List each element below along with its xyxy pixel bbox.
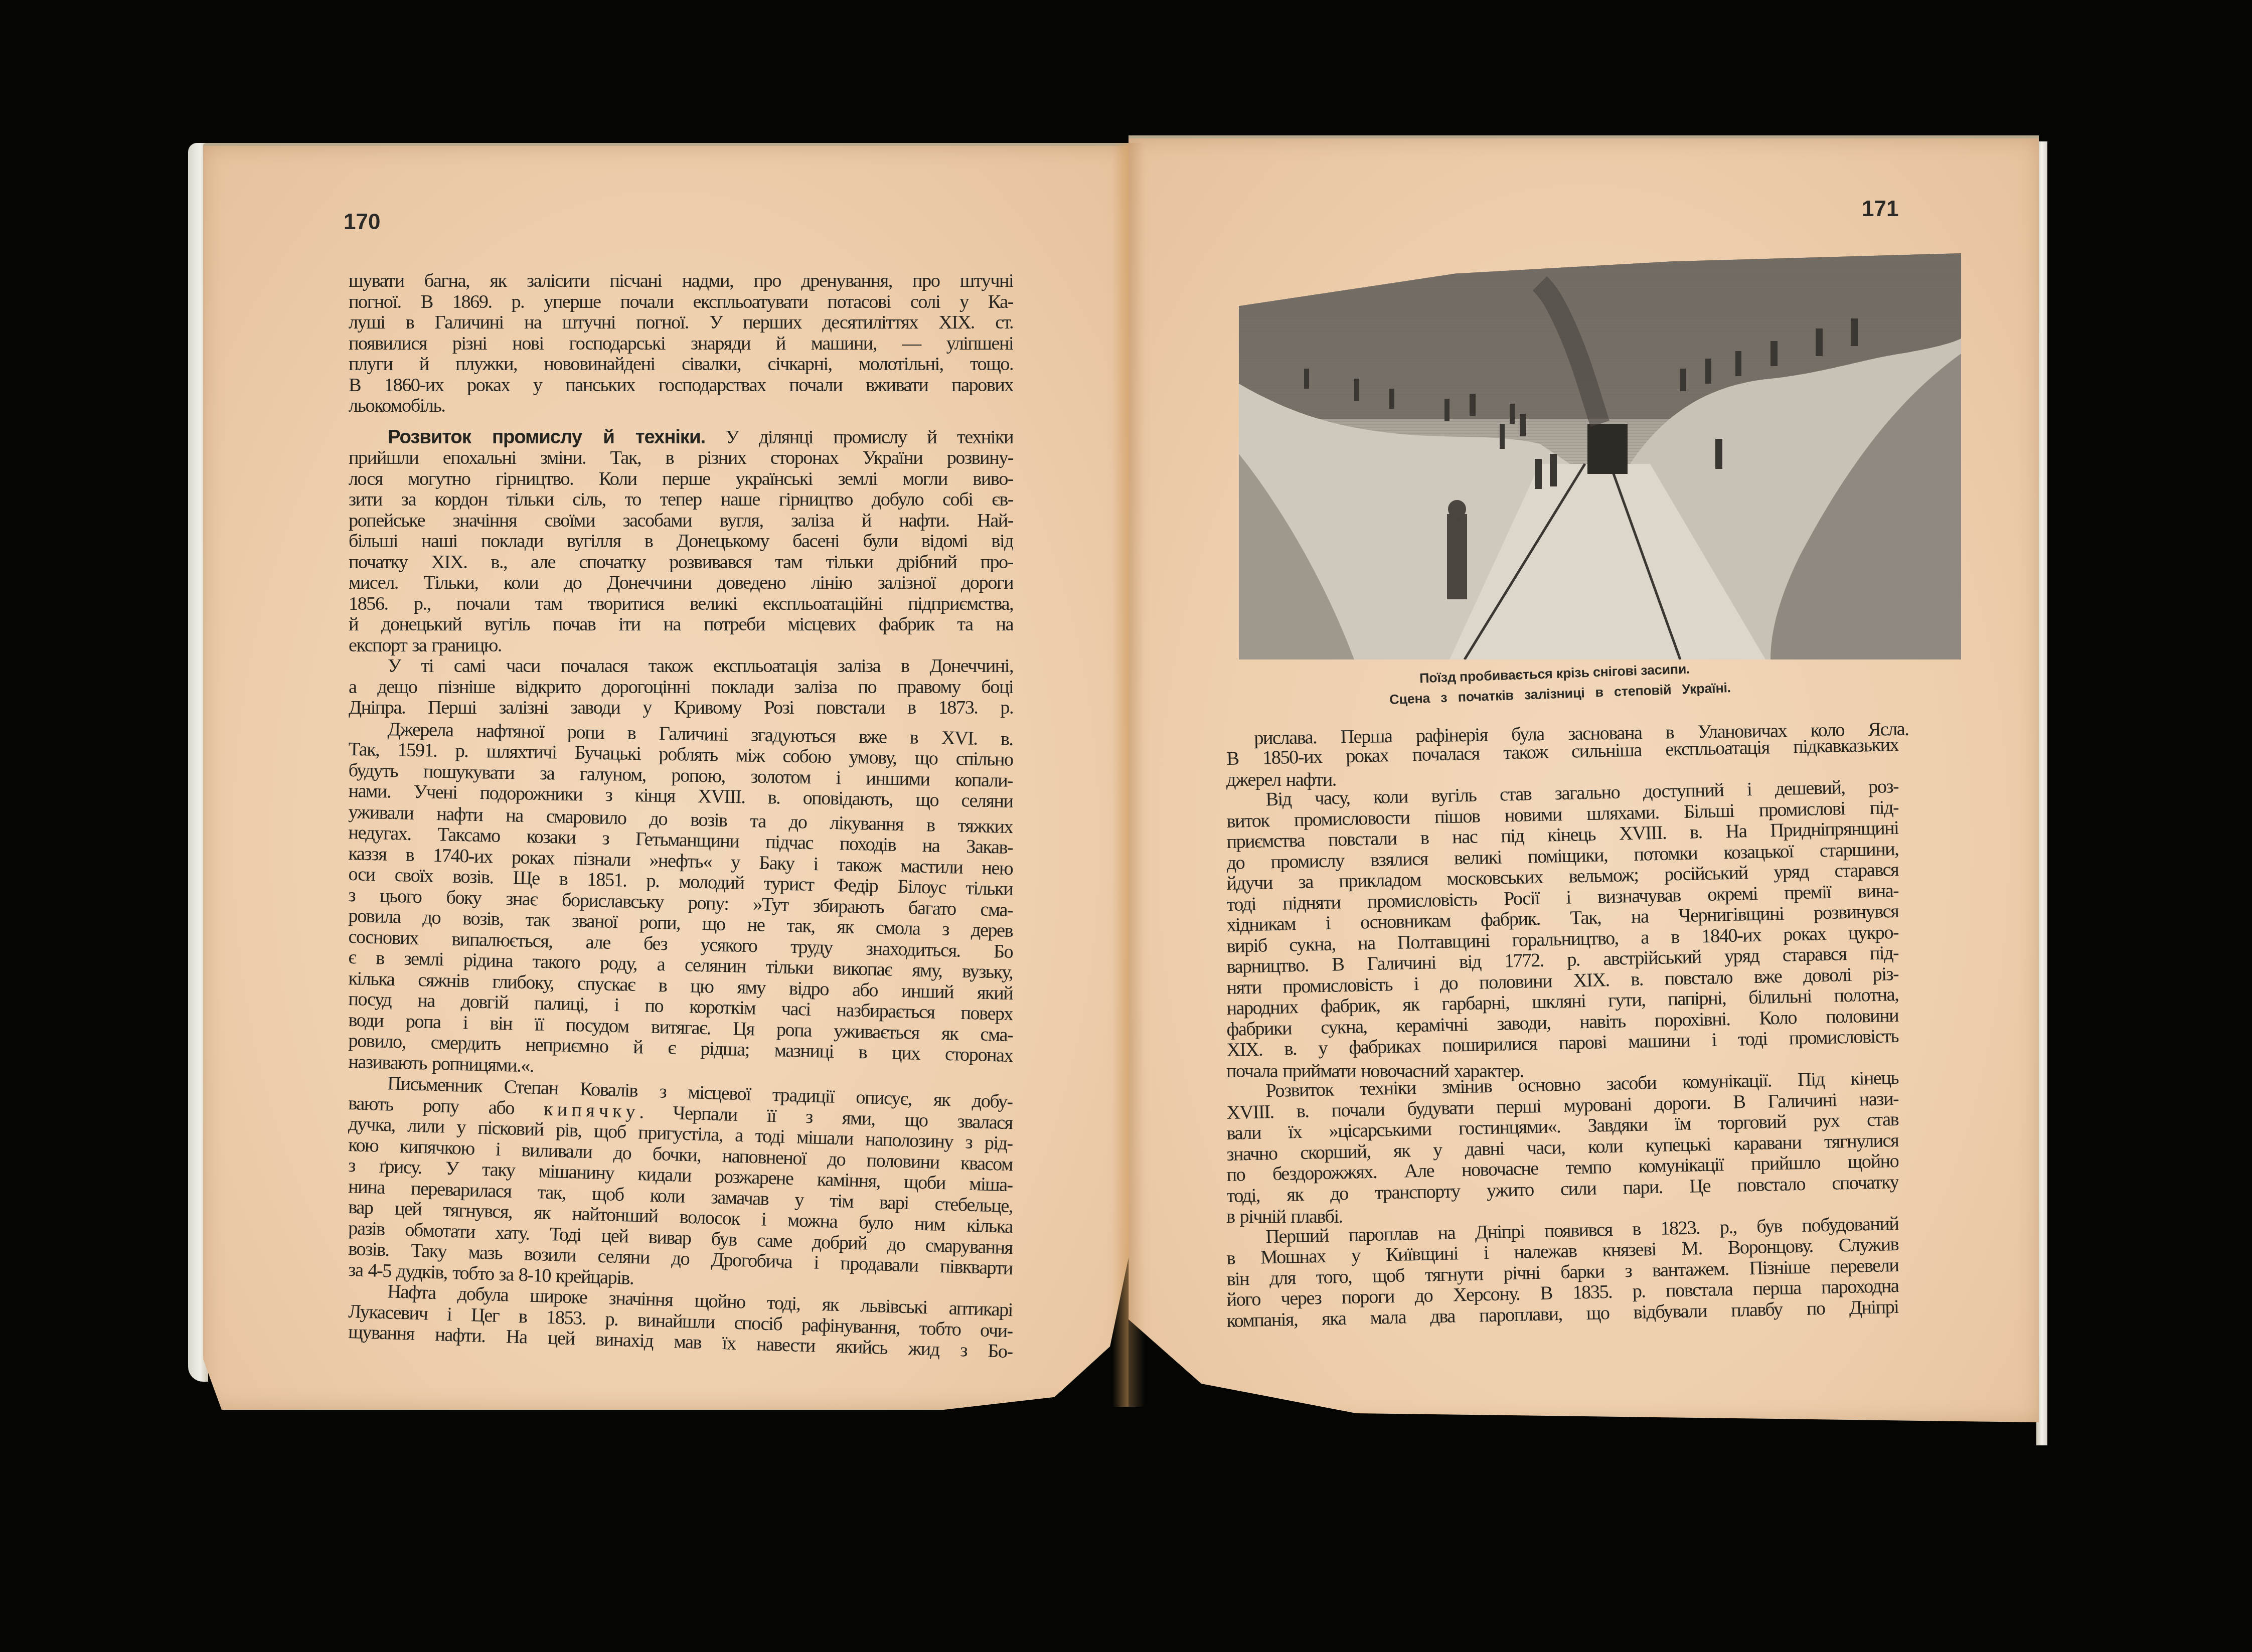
text-line: Дніпра. Перші залізні заводи у Кривому Р… [349, 698, 1013, 719]
page-number-right: 171 [1862, 197, 1898, 222]
text-run: У ділянці промислу й техніки [705, 427, 1013, 448]
text-line: погної. В 1869. р. уперше почали експльо… [349, 292, 1013, 313]
emphasized-term: кипячку [544, 1098, 640, 1122]
section-heading-line: Розвиток промислу й техніки. У ділянці п… [349, 427, 1013, 448]
text-line: прийшли епохальні зміни. Так, в різних с… [349, 448, 1013, 469]
text-line: плуги й плужки, нововинайдені сівалки, с… [349, 354, 1013, 375]
text-line: 1856. р., почали там творитися великі ек… [349, 594, 1013, 615]
text-line: появилися різні нові господарські знаряд… [349, 334, 1013, 355]
left-page-text: шувати багна, як залісити пісчані надми,… [349, 271, 1013, 1343]
text-line: й донецький вугіль почав іти на потреби … [349, 614, 1013, 635]
text-line: а дещо пізніше відкрито дорогоцінні покл… [349, 677, 1013, 698]
text-line: лося могутно гірництво. Коли перше украї… [349, 469, 1013, 490]
text-line: більші наші поклади вугілля в Донецькому… [349, 531, 1013, 552]
book-gutter [1112, 143, 1145, 1407]
page-number-left: 170 [344, 210, 380, 235]
right-page-text-body: В 1850-их роках почалася також сильніша … [1226, 749, 1898, 1332]
text-line: шувати багна, як залісити пісчані надми,… [349, 271, 1013, 292]
open-book-spread: 170 171 шувати багна, як залісити пісчан… [0, 0, 2252, 1652]
train-in-snow-illustration [1239, 253, 1961, 659]
text-line: В 1860-их роках у панських господарствах… [349, 375, 1013, 396]
text-line: мисел. Тільки, коли до Донеччини доведен… [349, 573, 1013, 594]
engraving-icon [1239, 253, 1961, 659]
text-line: ропейське значіння своїми засобами вугля… [349, 511, 1013, 532]
text-line: У ті самі часи почалася також експльоата… [349, 656, 1013, 677]
text-line: експорт за границю. [349, 635, 1013, 656]
text-line: луші в Галичині на штучні погної. У перш… [349, 312, 1013, 334]
section-heading: Розвиток промислу й техніки. [388, 427, 705, 448]
text-line: льокомобіль. [349, 396, 1013, 417]
text-line: початку XIX. в., але спочатку розвивався… [349, 552, 1013, 573]
text-line: зити за кордон тільки сіль, то тепер наш… [349, 489, 1013, 511]
